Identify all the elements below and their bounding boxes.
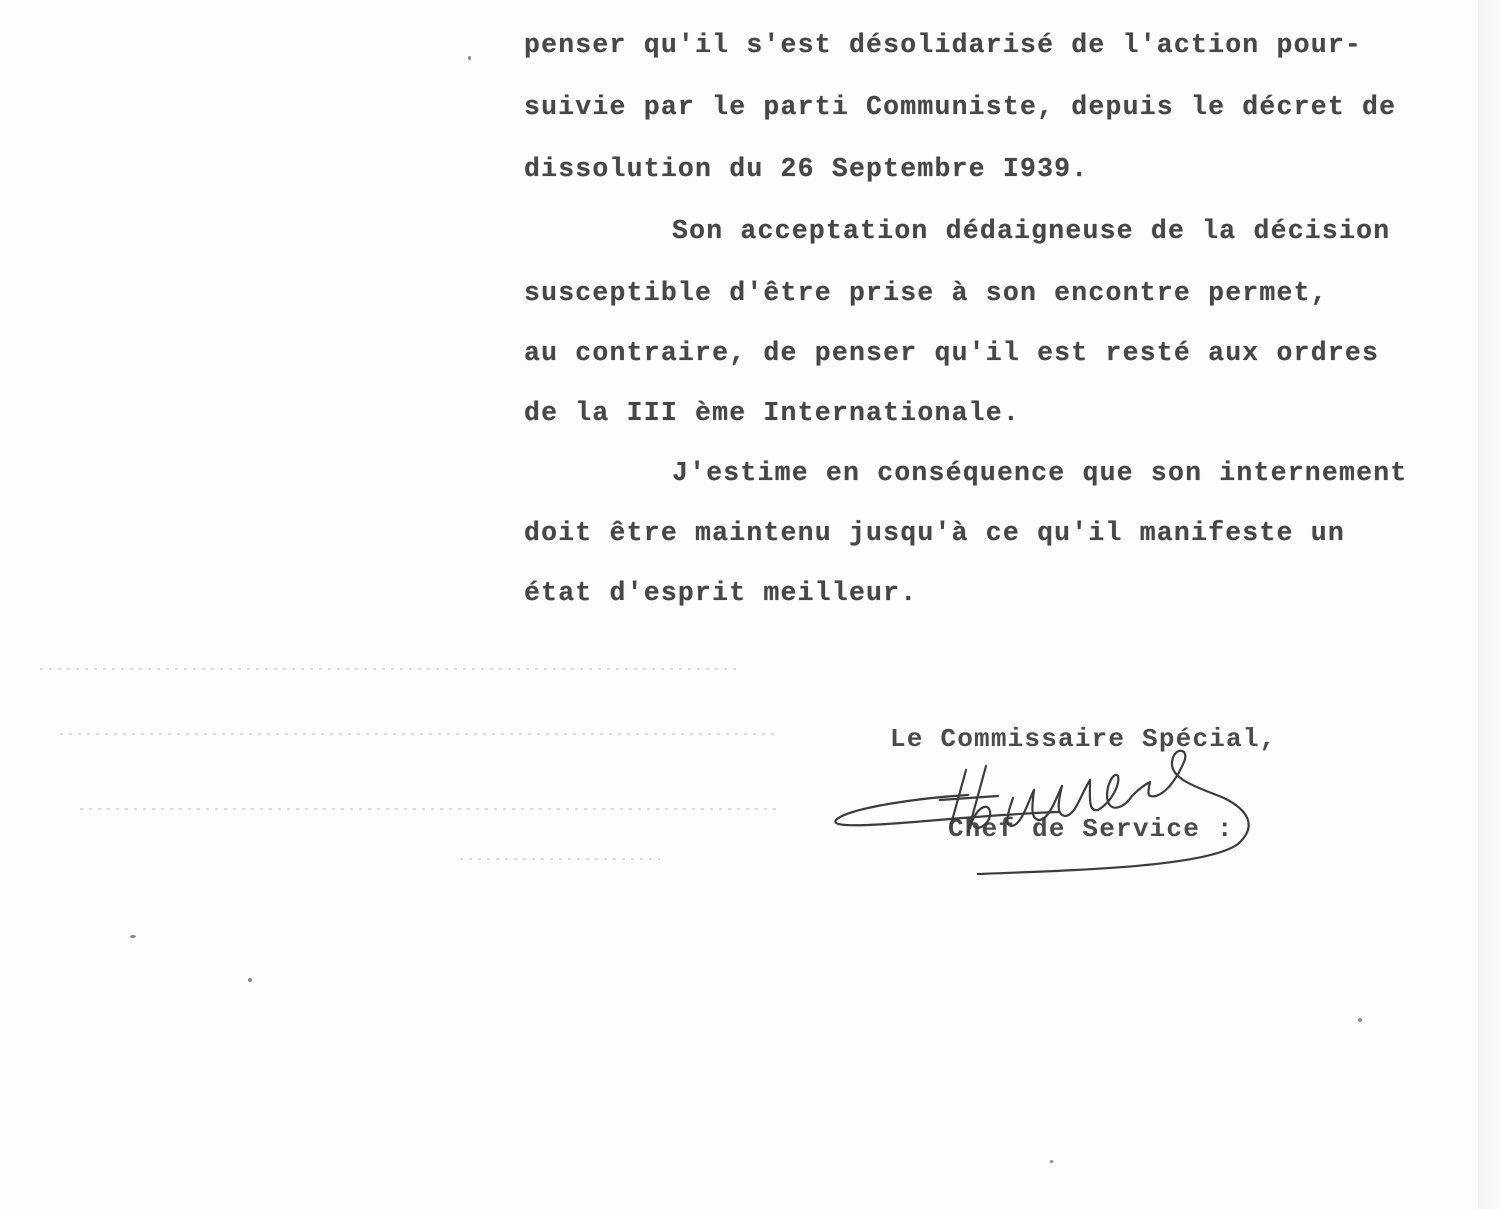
bleed-through-mark	[60, 733, 780, 735]
scan-speck	[248, 978, 252, 982]
handwritten-signature	[828, 740, 1308, 880]
scan-speck	[1358, 1018, 1362, 1022]
body-line: doit être maintenu jusqu'à ce qu'il mani…	[524, 518, 1345, 548]
body-line: de la III ème Internationale.	[524, 398, 1020, 428]
bleed-through-mark	[80, 808, 780, 810]
body-line: état d'esprit meilleur.	[524, 578, 917, 608]
body-line: penser qu'il s'est désolidarisé de l'act…	[524, 30, 1362, 60]
scan-speck	[130, 935, 136, 938]
paragraph-start-line: Son acceptation dédaigneuse de la décisi…	[672, 216, 1390, 246]
body-line: au contraire, de penser qu'il est resté …	[524, 338, 1379, 368]
body-line: dissolution du 26 Septembre I939.	[524, 154, 1088, 184]
paragraph-start-line: J'estime en conséquence que son internem…	[672, 458, 1407, 488]
bleed-through-mark	[460, 858, 660, 860]
body-line: susceptible d'être prise à son encontre …	[524, 278, 1328, 308]
scan-speck	[1050, 1160, 1053, 1163]
page-edge	[1478, 0, 1500, 1209]
scan-speck	[468, 56, 471, 60]
scanned-page: penser qu'il s'est désolidarisé de l'act…	[0, 0, 1500, 1209]
bleed-through-mark	[40, 668, 740, 670]
body-line: suivie par le parti Communiste, depuis l…	[524, 92, 1396, 122]
